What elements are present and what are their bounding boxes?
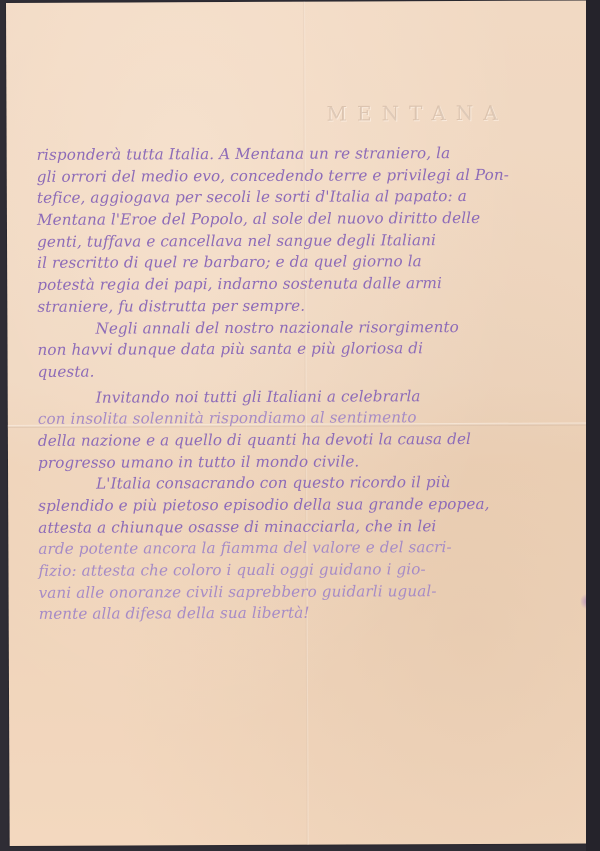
paragraph-start-line: Negli annali del nostro nazionale risorg…: [37, 316, 577, 340]
text-line: genti, tuffava e cancellava nel sangue d…: [37, 229, 577, 253]
letter-body: risponderà tutta Italia. A Mentana un re…: [37, 143, 579, 626]
text-line: splendido e più pietoso episodio della s…: [38, 494, 578, 518]
text-line: arde potente ancora la fiamma del valore…: [38, 537, 578, 561]
text-line: vani alle onoranze civili saprebbero gui…: [39, 580, 579, 604]
text-line: della nazione e a quello di quanti ha de…: [38, 428, 578, 452]
text-line: questa.: [38, 359, 578, 383]
text-line: progresso umano in tutto il mondo civile…: [38, 450, 578, 474]
text-line: non havvi dunque data più santa e più gl…: [37, 338, 577, 362]
text-line: potestà regia dei papi, indarno sostenut…: [37, 273, 577, 297]
text-line: fizio: attesta che coloro i quali oggi g…: [38, 559, 578, 583]
paragraph-start-line: Invitando noi tutti gli Italiani a celeb…: [38, 385, 578, 409]
letter-page: MENTANA risponderà tutta Italia. A Menta…: [6, 0, 590, 846]
text-line: il rescritto di quel re barbaro; e da qu…: [37, 251, 577, 275]
text-line: Mentana l'Eroe del Popolo, al sole del n…: [37, 208, 577, 232]
text-line: gli orrori del medio evo, concedendo ter…: [37, 164, 577, 188]
embossed-letterhead: MENTANA: [326, 101, 507, 126]
text-line: attesta a chiunque osasse di minacciarla…: [38, 515, 578, 539]
text-line: tefice, aggiogava per secoli le sorti d'…: [37, 186, 577, 210]
paragraph-start-line: L'Italia consacrando con questo ricordo …: [38, 472, 578, 496]
scan-edge-shadow: [586, 0, 600, 851]
text-line: mente alla difesa della sua libertà!: [39, 602, 579, 626]
scan-background: MENTANA risponderà tutta Italia. A Menta…: [0, 0, 600, 851]
text-line: risponderà tutta Italia. A Mentana un re…: [37, 143, 577, 167]
text-line: con insolita solennità rispondiamo al se…: [38, 407, 578, 431]
text-line: straniere, fu distrutta per sempre.: [37, 294, 577, 318]
